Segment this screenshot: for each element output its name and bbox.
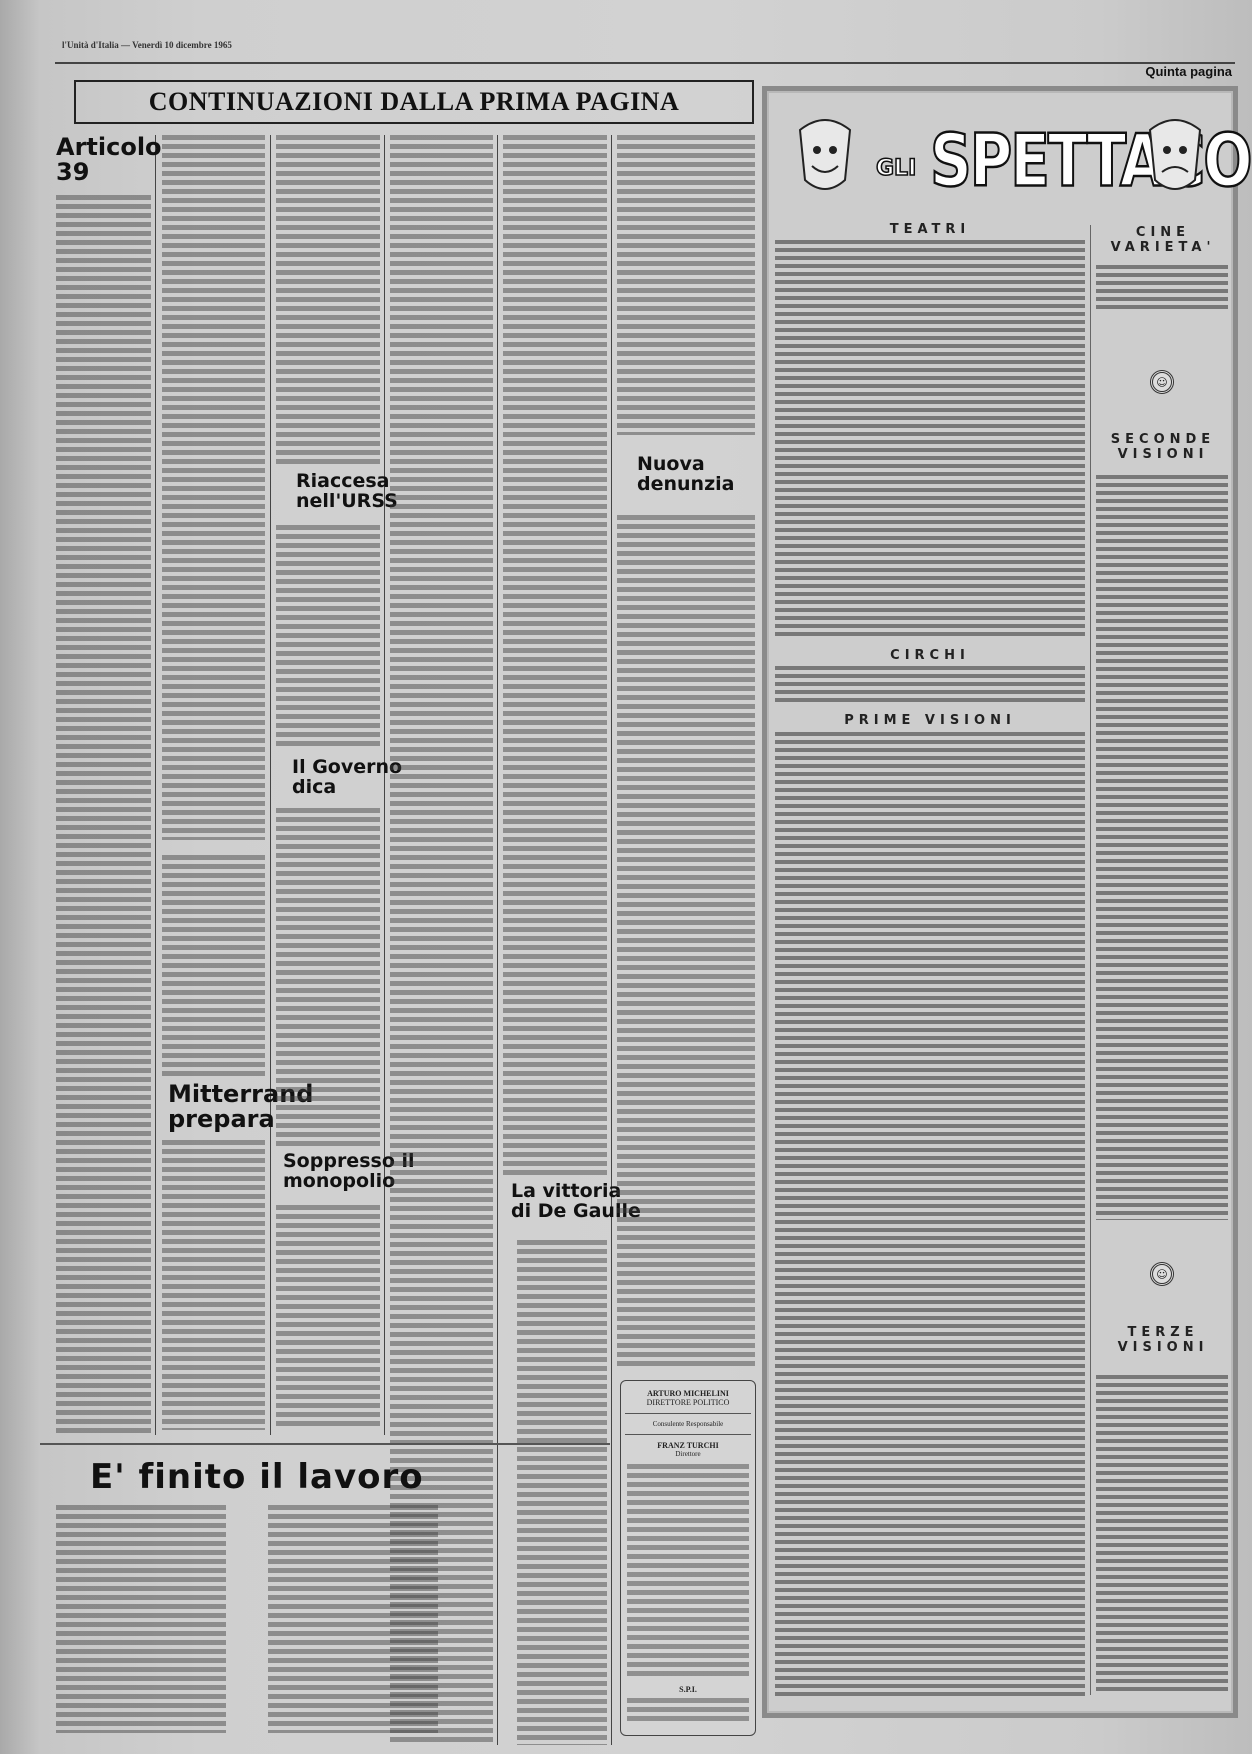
section-seconde-visioni: SECONDE VISIONI — [1096, 432, 1230, 462]
divider — [625, 1413, 751, 1414]
article-body — [276, 808, 380, 1148]
spettacoli-logo: GLI SPETTACOLI — [790, 110, 1210, 210]
article-body — [390, 135, 493, 1745]
article-body — [276, 135, 380, 465]
column-divider — [1090, 225, 1091, 1695]
theatre-mask-icon — [1140, 110, 1210, 200]
article-body — [503, 135, 607, 1175]
circhi-listings — [775, 666, 1085, 704]
theatre-mask-icon — [790, 110, 860, 200]
section-title-line: CINE — [1096, 225, 1230, 240]
prime-visioni-listings — [775, 732, 1085, 1697]
seconde-visioni-listings — [1096, 475, 1228, 1220]
publisher: S.P.I. — [621, 1685, 755, 1694]
headline-line: dica — [292, 778, 402, 798]
page-label: Quinta pagina — [1145, 64, 1232, 79]
editor-role: Direttore — [621, 1450, 755, 1458]
headline-line: nell'URSS — [296, 492, 398, 512]
dateline: l'Unità d'Italia — Venerdì 10 dicembre 1… — [62, 40, 232, 50]
section-title-line: VISIONI — [1096, 447, 1230, 462]
article-body — [56, 1505, 226, 1733]
section-circhi: CIRCHI — [775, 648, 1085, 663]
column-divider — [155, 135, 156, 1435]
article-body — [162, 855, 265, 1077]
headline-line: Nuova — [637, 455, 734, 475]
headline-line: denunzia — [637, 475, 734, 495]
top-rule — [55, 62, 1235, 64]
article-body — [276, 1205, 380, 1430]
cine-varieta-listings — [1096, 265, 1228, 313]
emblem-icon: ☺ — [1150, 370, 1174, 394]
article-body — [162, 1140, 265, 1430]
teatri-listings — [775, 240, 1085, 640]
section-prime-visioni: PRIME VISIONI — [775, 713, 1085, 728]
headline-line: Il Governo — [292, 758, 402, 778]
editor-label: Consulente Responsabile — [621, 1420, 755, 1428]
article-body — [162, 135, 265, 840]
headline-governo: Il Governo dica — [292, 758, 402, 798]
logo-prefix: GLI — [876, 156, 916, 181]
headline-line: Articolo — [56, 135, 162, 160]
headline-articolo-39: Articolo 39 — [56, 135, 162, 185]
section-cine-varieta: CINE VARIETA' — [1096, 225, 1230, 255]
masthead-details — [627, 1464, 749, 1679]
director-role: DIRETTORE POLITICO — [621, 1398, 755, 1407]
headline-line: 39 — [56, 160, 162, 185]
publisher-details — [627, 1698, 749, 1722]
column-divider — [497, 135, 498, 1745]
section-title-line: VISIONI — [1096, 1340, 1230, 1355]
section-teatri: TEATRI — [775, 222, 1085, 237]
headline-riaccesa: Riaccesa nell'URSS — [296, 472, 398, 512]
section-terze-visioni: TERZE VISIONI — [1096, 1325, 1230, 1355]
article-body — [617, 515, 755, 1370]
article-body — [517, 1240, 607, 1745]
emblem-icon: ☺ — [1150, 1262, 1174, 1286]
section-title-line: SECONDE — [1096, 432, 1230, 447]
article-body — [268, 1505, 438, 1733]
column-divider — [611, 135, 612, 1745]
masthead-box: ARTURO MICHELINI DIRETTORE POLITICO Cons… — [620, 1380, 756, 1736]
article-body — [276, 525, 380, 750]
headline-finito-lavoro: E' finito il lavoro — [90, 1457, 424, 1497]
editor-name: FRANZ TURCHI — [621, 1441, 755, 1450]
section-title-line: TERZE — [1096, 1325, 1230, 1340]
divider — [625, 1434, 751, 1435]
director-name: ARTURO MICHELINI — [621, 1389, 755, 1398]
terze-visioni-listings — [1096, 1375, 1228, 1693]
article-body — [617, 135, 755, 435]
rule — [40, 1443, 610, 1445]
headline-nuova-denunzia: Nuova denunzia — [637, 455, 734, 495]
article-body — [56, 195, 151, 1435]
headline-line: Riaccesa — [296, 472, 398, 492]
section-title-line: VARIETA' — [1096, 240, 1230, 255]
section-banner: CONTINUAZIONI DALLA PRIMA PAGINA — [74, 80, 754, 124]
column-divider — [270, 135, 271, 1435]
